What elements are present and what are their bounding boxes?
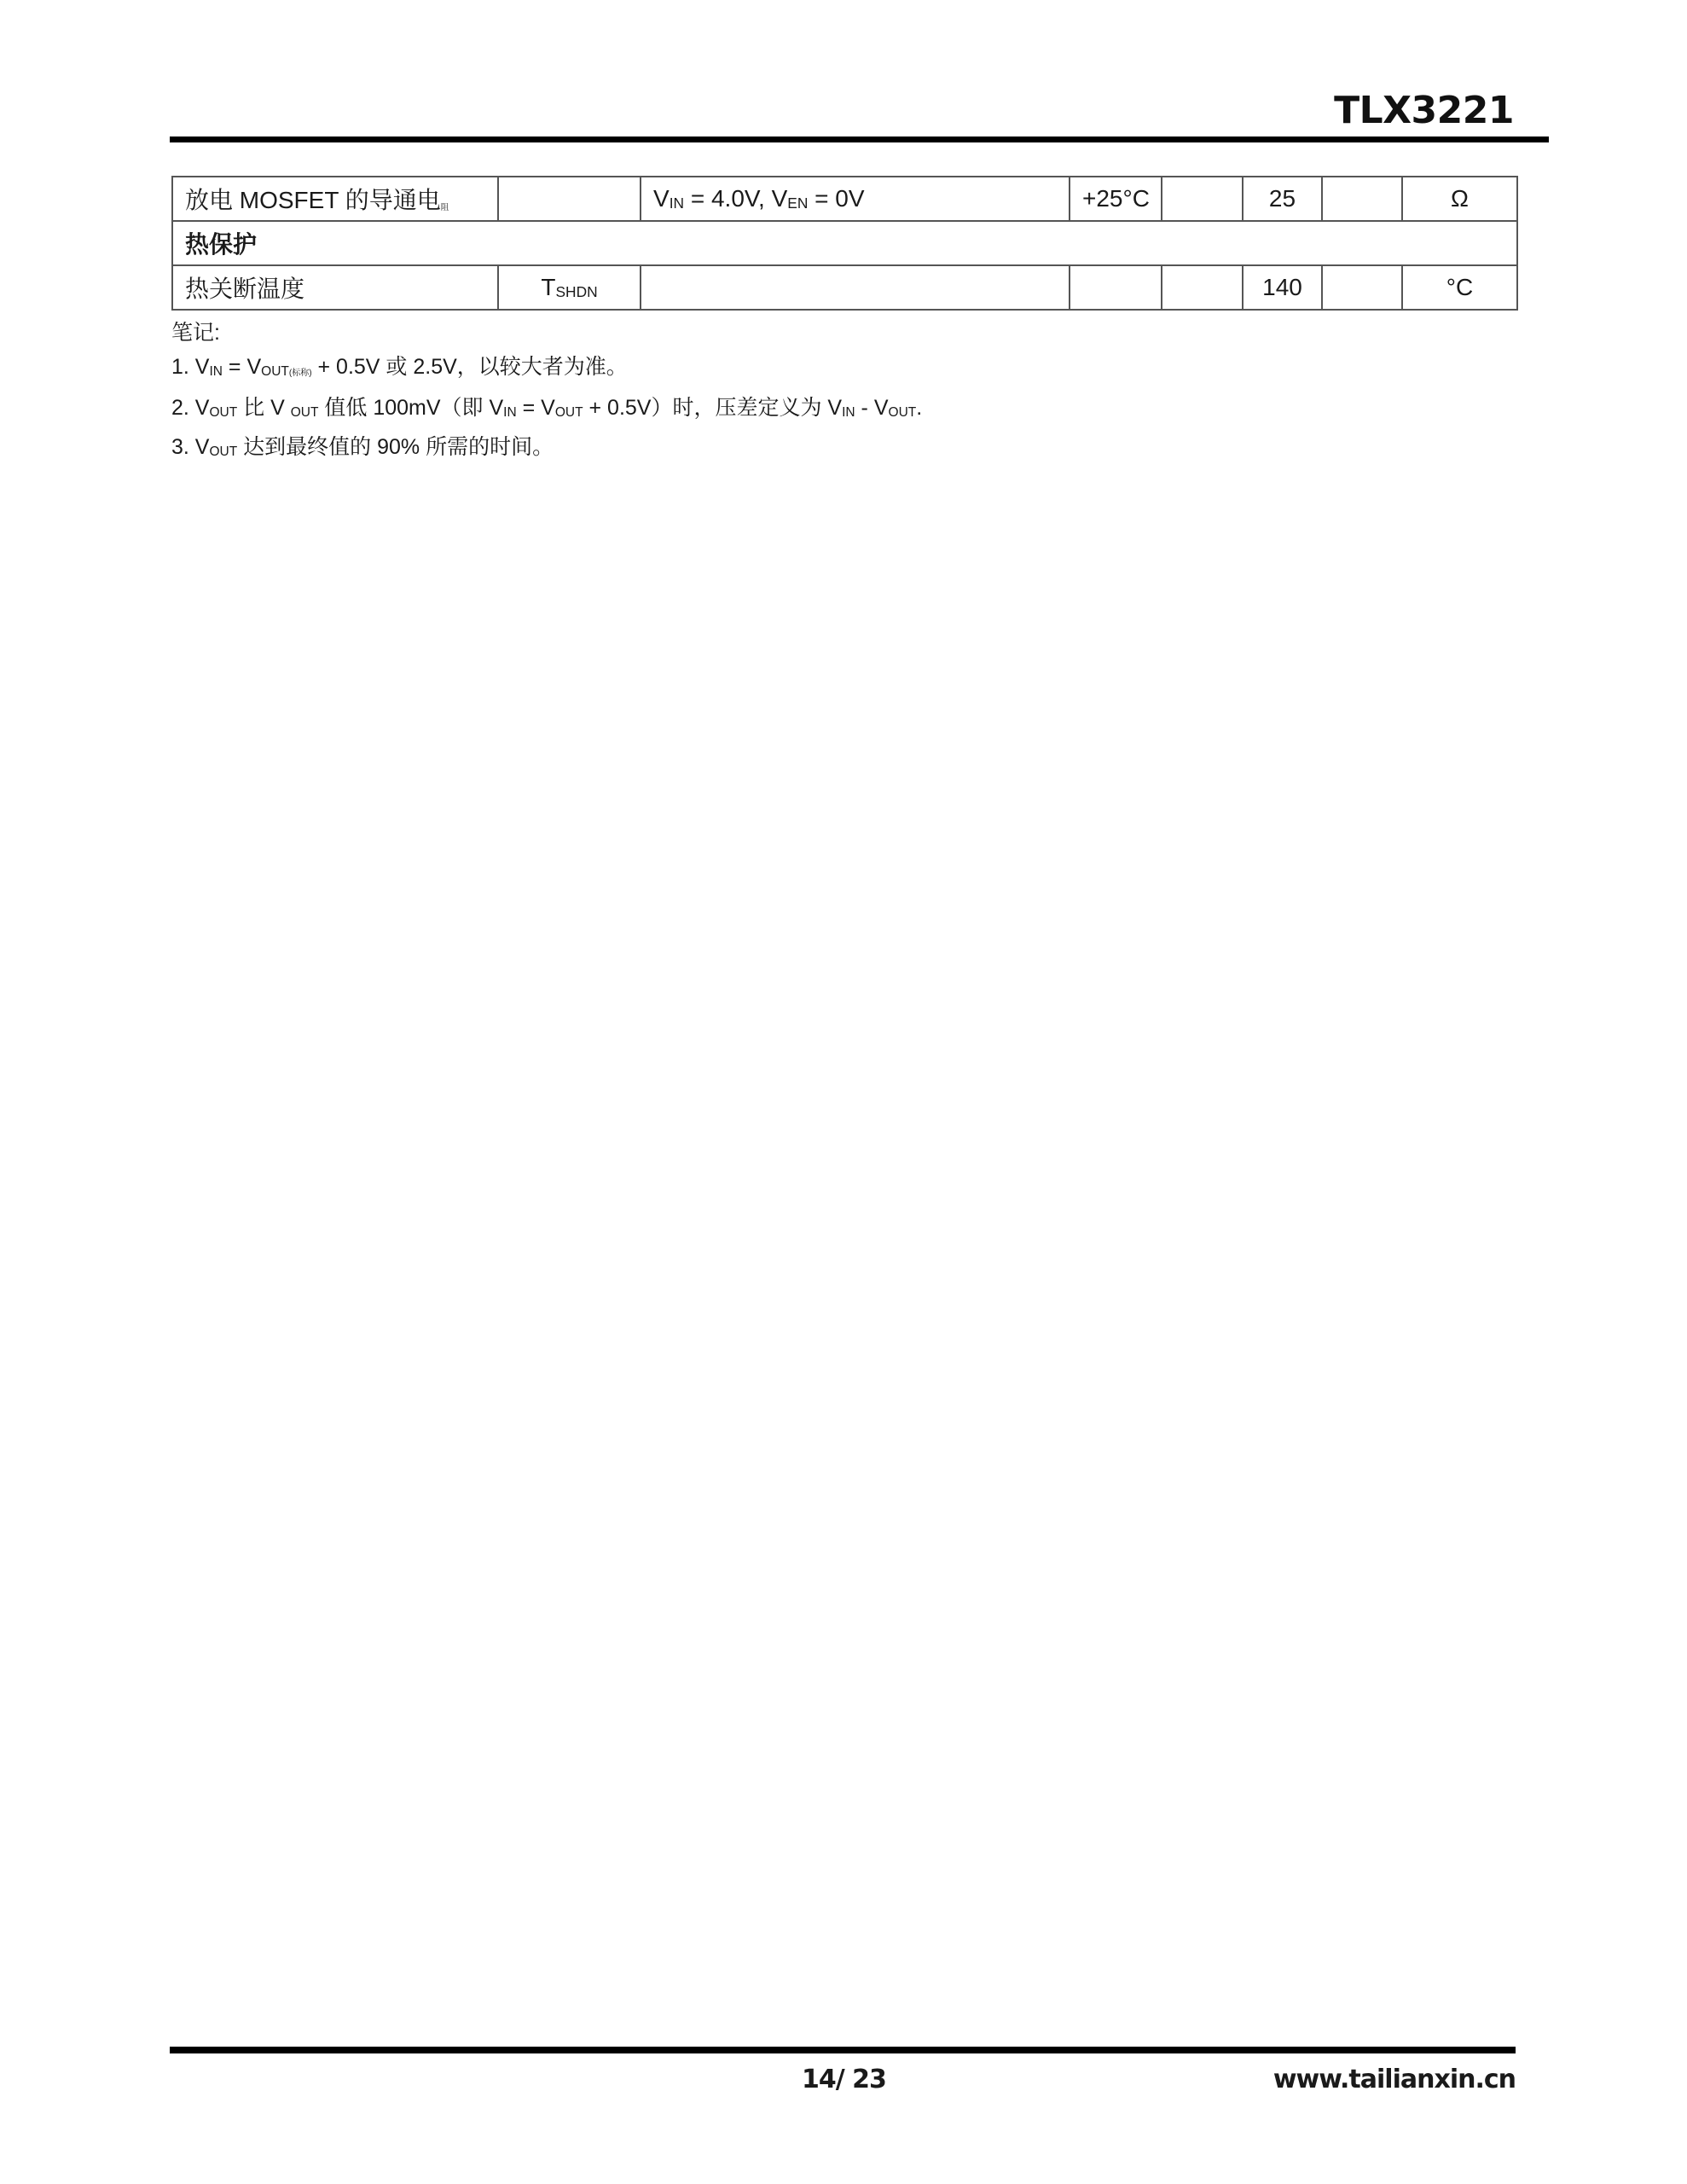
note-sub: OUT	[555, 405, 583, 420]
note-text: 2. V	[171, 396, 209, 420]
ven-sub: EN	[787, 195, 808, 212]
header-divider	[170, 136, 1549, 142]
electrical-characteristics-table: 放电 MOSFET 的导通电阻 VIN = 4.0V, VEN = 0V +25…	[171, 176, 1518, 311]
ven-value: = 0V	[808, 185, 864, 212]
parameter-text: 放电 MOSFET 的导通电	[185, 187, 441, 213]
note-tiny: (标称)	[289, 369, 312, 378]
note-text: 3. V	[171, 435, 209, 459]
typ-cell: 140	[1243, 265, 1322, 310]
section-heading: 热保护	[172, 221, 1517, 265]
note-text: - V	[855, 396, 889, 420]
document-title: TLX3221	[1334, 89, 1514, 132]
note-sub: OUT	[209, 444, 237, 459]
note-text: 1. V	[171, 355, 209, 379]
note-sub: OUT	[889, 405, 917, 420]
unit-cell: Ω	[1402, 177, 1517, 221]
vin-value: = 4.0V,	[684, 185, 772, 212]
notes-section: 笔记: 1. VIN = VOUT(标称) + 0.5V 或 2.5V，以较大者…	[171, 316, 922, 469]
website-link[interactable]: www.tailianxin.cn	[1273, 2065, 1516, 2094]
note-text: 比 V	[237, 396, 291, 420]
note-text: 达到最终值的 90% 所需的时间。	[237, 435, 554, 459]
symbol-sub: SHDN	[555, 283, 597, 300]
symbol-main: T	[541, 274, 555, 300]
parameter-suffix: 阻	[441, 203, 449, 212]
note-text: 值低 100mV（即 V	[318, 396, 503, 420]
note-item: 1. VIN = VOUT(标称) + 0.5V 或 2.5V，以较大者为准。	[171, 350, 922, 391]
temperature-cell: +25°C	[1070, 177, 1162, 221]
max-cell	[1322, 265, 1402, 310]
symbol-cell: TSHDN	[498, 265, 641, 310]
vin-label: V	[653, 185, 670, 212]
ven-label: V	[772, 185, 788, 212]
note-sub: IN	[503, 405, 517, 420]
condition-cell: VIN = 4.0V, VEN = 0V	[641, 177, 1070, 221]
table-row: 热关断温度 TSHDN 140 °C	[172, 265, 1517, 310]
parameter-cell: 放电 MOSFET 的导通电阻	[172, 177, 498, 221]
parameter-cell: 热关断温度	[172, 265, 498, 310]
temperature-cell	[1070, 265, 1162, 310]
min-cell	[1162, 265, 1243, 310]
unit-cell: °C	[1402, 265, 1517, 310]
note-text: = V	[223, 355, 261, 379]
min-cell	[1162, 177, 1243, 221]
note-text: = V	[517, 396, 555, 420]
note-item: 3. VOUT 达到最终值的 90% 所需的时间。	[171, 430, 922, 469]
table-section-row: 热保护	[172, 221, 1517, 265]
note-sub: OUT	[261, 364, 289, 379]
table-row: 放电 MOSFET 的导通电阻 VIN = 4.0V, VEN = 0V +25…	[172, 177, 1517, 221]
note-text: + 0.5V）时，压差定义为 V	[583, 396, 843, 420]
typ-cell: 25	[1243, 177, 1322, 221]
footer-divider	[170, 2047, 1516, 2053]
notes-heading: 笔记:	[171, 316, 922, 350]
note-sub: OUT	[209, 405, 237, 420]
note-text: + 0.5V 或 2.5V，以较大者为准。	[312, 355, 628, 379]
symbol-cell	[498, 177, 641, 221]
note-sub: IN	[842, 405, 855, 420]
note-item: 2. VOUT 比 V OUT 值低 100mV（即 VIN = VOUT + …	[171, 391, 922, 430]
condition-cell	[641, 265, 1070, 310]
note-sub: IN	[209, 364, 223, 379]
page-number: 14/ 23	[802, 2065, 886, 2094]
max-cell	[1322, 177, 1402, 221]
vin-sub: IN	[670, 195, 684, 212]
note-sub: OUT	[291, 405, 319, 420]
note-text: .	[916, 396, 922, 420]
